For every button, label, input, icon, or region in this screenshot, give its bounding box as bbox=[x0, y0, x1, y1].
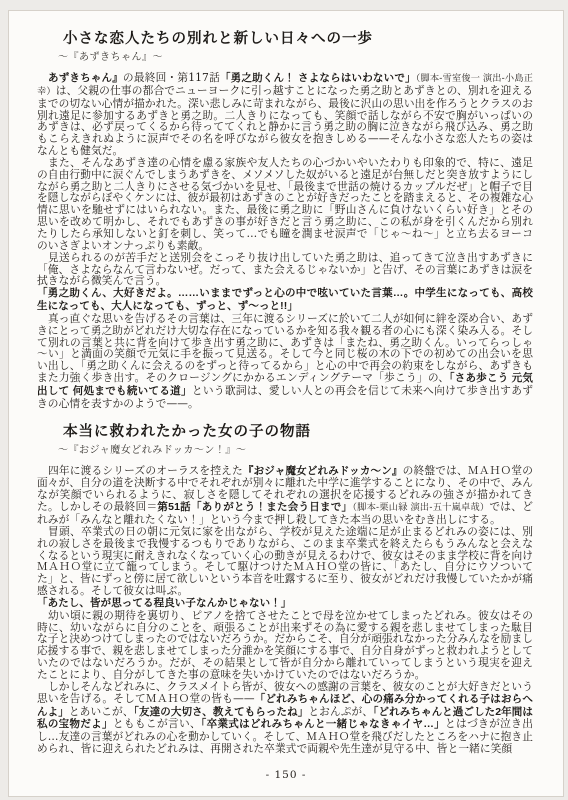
text-segment: 「勇之助くん！ さよならはいわないで」 bbox=[220, 72, 416, 84]
section-heading: 小さな恋人たちの別れと新しい日々への一歩 bbox=[63, 30, 533, 48]
paragraph: しかしそんなどれみに、クラスメイトら皆が、彼女への感謝の言葉を、彼女のことが大好… bbox=[37, 681, 533, 755]
paragraph: あずきちゃん』の最終回・第117話「勇之助くん！ さよならはいわないで」（脚本-… bbox=[37, 72, 533, 157]
text-segment: とあいこが、 bbox=[69, 705, 134, 718]
essay-section: 小さな恋人たちの別れと新しい日々への一歩～『あずきちゃん』～あずきちゃん』の最終… bbox=[37, 30, 533, 410]
page-content: 小さな恋人たちの別れと新しい日々への一歩～『あずきちゃん』～あずきちゃん』の最終… bbox=[37, 30, 533, 755]
text-segment: あずきちゃん』 bbox=[48, 72, 123, 84]
text-segment: 見送られるのが苦手だと送別会をこっそり抜け出していた勇之助は、追ってきて泣き出す… bbox=[37, 251, 533, 288]
section-heading: 本当に救われたかった女の子の物語 bbox=[63, 423, 533, 441]
paragraph: 見送られるのが苦手だと送別会をこっそり抜け出していた勇之助は、追ってきて泣き出す… bbox=[37, 252, 533, 288]
text-segment: 幼い頃に親の期待を裏切り、ピアノを捨てさせたことで母を泣かせてしまったどれみ。彼… bbox=[37, 609, 533, 681]
paragraph: 幼い頃に親の期待を裏切り、ピアノを捨てさせたことで母を泣かせてしまったどれみ。彼… bbox=[37, 610, 533, 681]
section-subtitle: ～『おジャ魔女どれみドッカ～ン！』～ bbox=[58, 444, 533, 457]
paragraph: 「勇之助くん、大好きだよ。……いままでずっと心の中で呟いていた言葉…。中学生にな… bbox=[37, 287, 533, 313]
text-segment: また、そんなあずき達の心情を慮る家族や友人たちの心づかいやいたわりも印象的で、特… bbox=[37, 156, 533, 252]
text-segment: 四年に渡るシリーズのオーラスを控えた bbox=[48, 464, 243, 477]
paragraph: 四年に渡るシリーズのオーラスを控えた『おジャ魔女どれみドッカ～ン』の終盤では、Ｍ… bbox=[37, 465, 533, 526]
text-segment: 「友達の大切さ、教えてもらったね」 bbox=[134, 706, 309, 718]
text-segment: 第51話「ありがとう！また会う日まで」 bbox=[157, 501, 352, 513]
text-segment: は、父親の仕事の都合でニューヨークに引っ越すことになった勇之助とあずきとの、別れ… bbox=[37, 84, 533, 157]
paragraph: 真っ直ぐな思いを告げるその言葉は、三年に渡るシリーズに於いて二人が如何に絆を深め… bbox=[37, 313, 533, 410]
text-segment: （脚本-栗山緑 演出-五十嵐卓哉） bbox=[352, 502, 489, 512]
essay-section: 本当に救われたかった女の子の物語～『おジャ魔女どれみドッカ～ン！』～四年に渡るシ… bbox=[37, 423, 533, 755]
page-number: - 150 - bbox=[9, 769, 563, 781]
document-page: 小さな恋人たちの別れと新しい日々への一歩～『あずきちゃん』～あずきちゃん』の最終… bbox=[8, 10, 564, 797]
text-segment: 『おジャ魔女どれみドッカ～ン』 bbox=[243, 465, 403, 477]
paragraph: また、そんなあずき達の心情を慮る家族や友人たちの心づかいやいたわりも印象的で、特… bbox=[37, 157, 533, 252]
text-segment: とももこが言い、 bbox=[113, 717, 201, 730]
text-segment: とおんぷが、 bbox=[308, 705, 373, 718]
section-subtitle: ～『あずきちゃん』～ bbox=[58, 51, 533, 64]
text-segment: 「卒業式はどれみちゃんと一緒じゃなきゃイヤ…」 bbox=[201, 718, 445, 730]
paragraph: 冒頭、卒業式の日の朝に元気に家を出ながら、学校が見えた途端に足が止まるどれみの姿… bbox=[37, 526, 533, 597]
text-segment: 「勇之助くん、大好きだよ。……いままでずっと心の中で呟いていた言葉…。中学生にな… bbox=[37, 287, 533, 312]
text-segment: 「あたし、皆が思ってる程良い子なんかじゃない！」 bbox=[37, 597, 291, 609]
text-segment: 冒頭、卒業式の日の朝に元気に家を出ながら、学校が見えた途端に足が止まるどれみの姿… bbox=[37, 525, 533, 597]
text-segment: の最終回・第117話 bbox=[123, 71, 220, 84]
